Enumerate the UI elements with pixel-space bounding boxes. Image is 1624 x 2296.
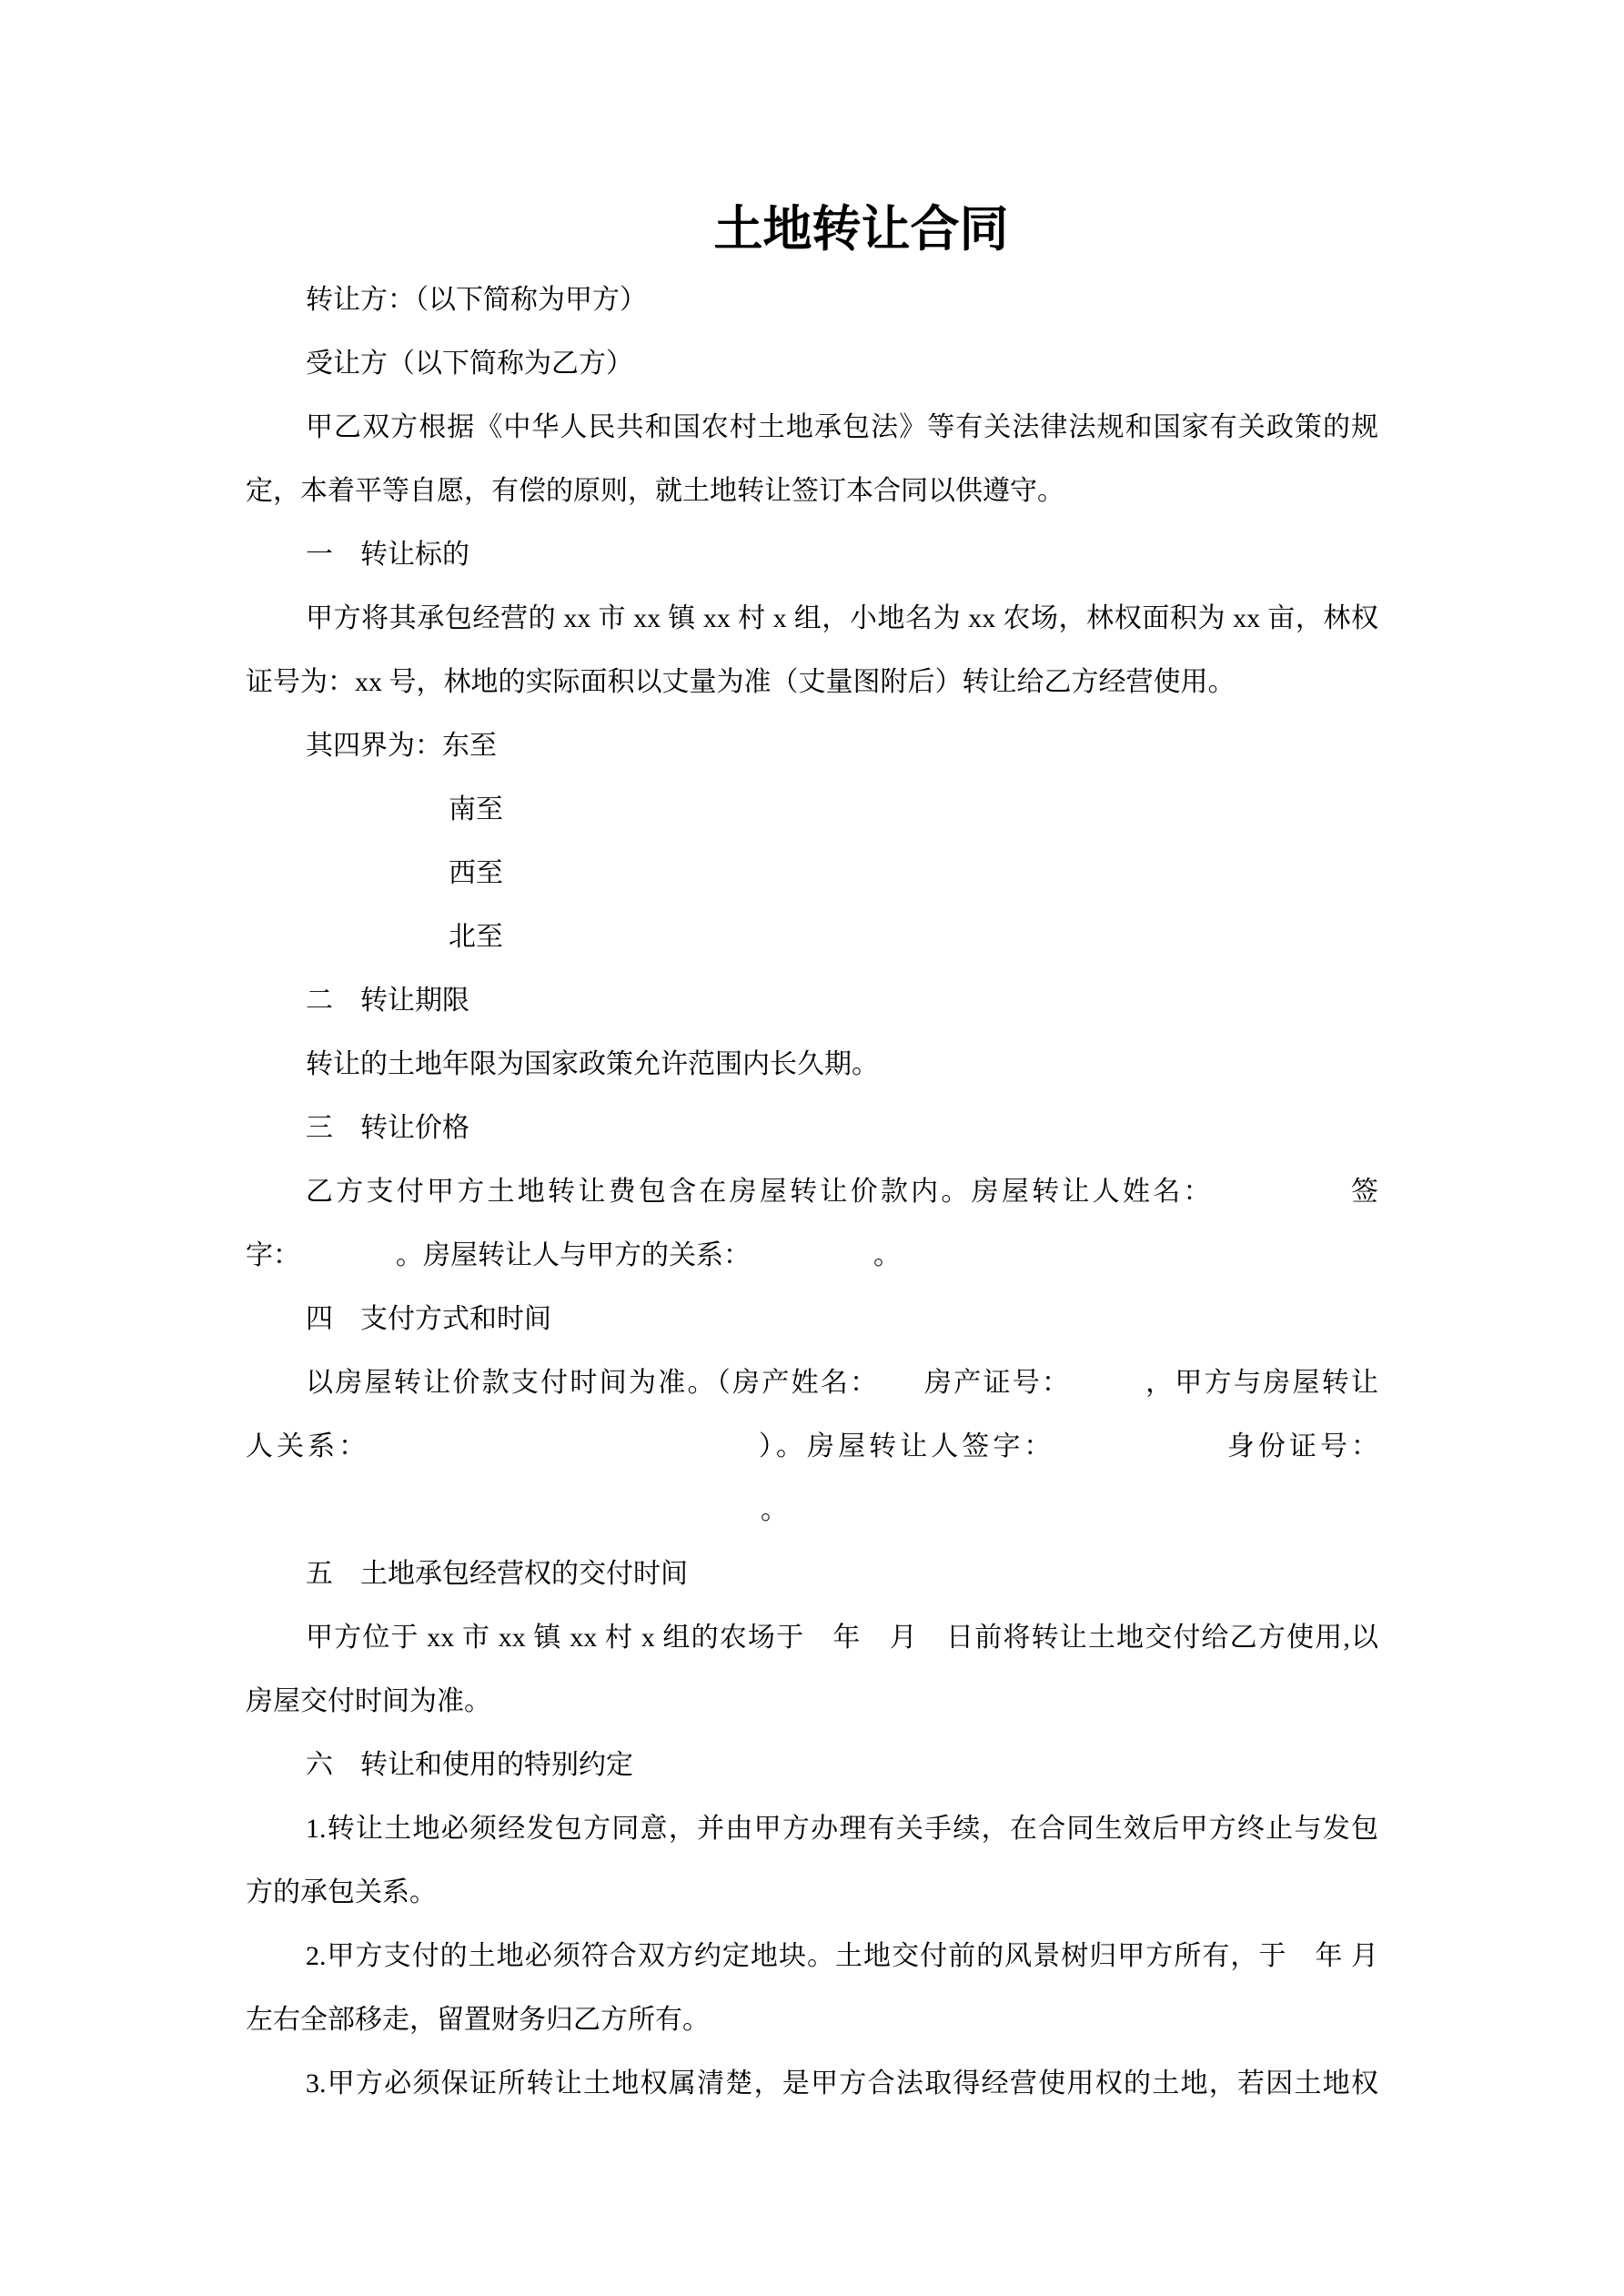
text-line: 三 转让价格 — [246, 1097, 1378, 1160]
text-line: 转让的土地年限为国家政策允许范围内长久期。 — [246, 1033, 1378, 1097]
text-line: 字： 。房屋转让人与甲方的关系： 。 — [246, 1224, 1378, 1288]
text-line: 以房屋转让价款支付时间为准。（房产姓名： 房产证号： ，甲方与房屋转让 — [246, 1351, 1378, 1415]
text-line: 甲方位于 xx 市 xx 镇 xx 村 x 组的农场于 年 月 日前将转让土地交… — [246, 1606, 1378, 1670]
text-line: 2.甲方支付的土地必须符合双方约定地块。土地交付前的风景树归甲方所有，于 年 月 — [246, 1925, 1378, 1988]
text-line: 方的承包关系。 — [246, 1861, 1378, 1925]
text-line: 一 转让标的 — [246, 523, 1378, 587]
text-line: 四 支付方式和时间 — [246, 1288, 1378, 1351]
text-line: 受让方（以下简称为乙方） — [246, 332, 1378, 396]
document-body: 转让方：（以下简称为甲方）受让方（以下简称为乙方）甲乙双方根据《中华人民共和国农… — [246, 268, 1378, 2116]
text-line: 。 — [246, 1479, 1378, 1542]
text-line: 3.甲方必须保证所转让土地权属清楚，是甲方合法取得经营使用权的土地，若因土地权 — [246, 2052, 1378, 2116]
text-line: 北至 — [246, 905, 1378, 969]
text-line: 左右全部移走，留置财务归乙方所有。 — [246, 1988, 1378, 2052]
text-line: 1.转让土地必须经发包方同意，并由甲方办理有关手续，在合同生效后甲方终止与发包 — [246, 1797, 1378, 1861]
text-line: 证号为：xx 号，林地的实际面积以丈量为准（丈量图附后）转让给乙方经营使用。 — [246, 651, 1378, 714]
text-line: 定，本着平等自愿，有偿的原则，就土地转让签订本合同以供遵守。 — [246, 460, 1378, 523]
text-line: 转让方：（以下简称为甲方） — [246, 268, 1378, 332]
text-line: 甲方将其承包经营的 xx 市 xx 镇 xx 村 x 组，小地名为 xx 农场，… — [246, 587, 1378, 651]
text-line: 其四界为：东至 — [246, 714, 1378, 778]
contract-document-page: 土地转让合同 转让方：（以下简称为甲方）受让方（以下简称为乙方）甲乙双方根据《中… — [0, 0, 1624, 2296]
text-line: 甲乙双方根据《中华人民共和国农村土地承包法》等有关法律法规和国家有关政策的规 — [246, 396, 1378, 460]
text-line: 西至 — [246, 842, 1378, 905]
text-line: 二 转让期限 — [246, 969, 1378, 1033]
text-line: 房屋交付时间为准。 — [246, 1670, 1378, 1734]
text-line: 五 土地承包经营权的交付时间 — [246, 1542, 1378, 1606]
text-line: 南至 — [246, 778, 1378, 842]
text-line: 乙方支付甲方土地转让费包含在房屋转让价款内。房屋转让人姓名： 签 — [246, 1160, 1378, 1224]
text-line: 人关系： ）。房屋转让人签字： 身份证号： — [246, 1415, 1378, 1479]
text-line: 六 转让和使用的特别约定 — [246, 1734, 1378, 1797]
document-title: 土地转让合同 — [295, 193, 1427, 266]
